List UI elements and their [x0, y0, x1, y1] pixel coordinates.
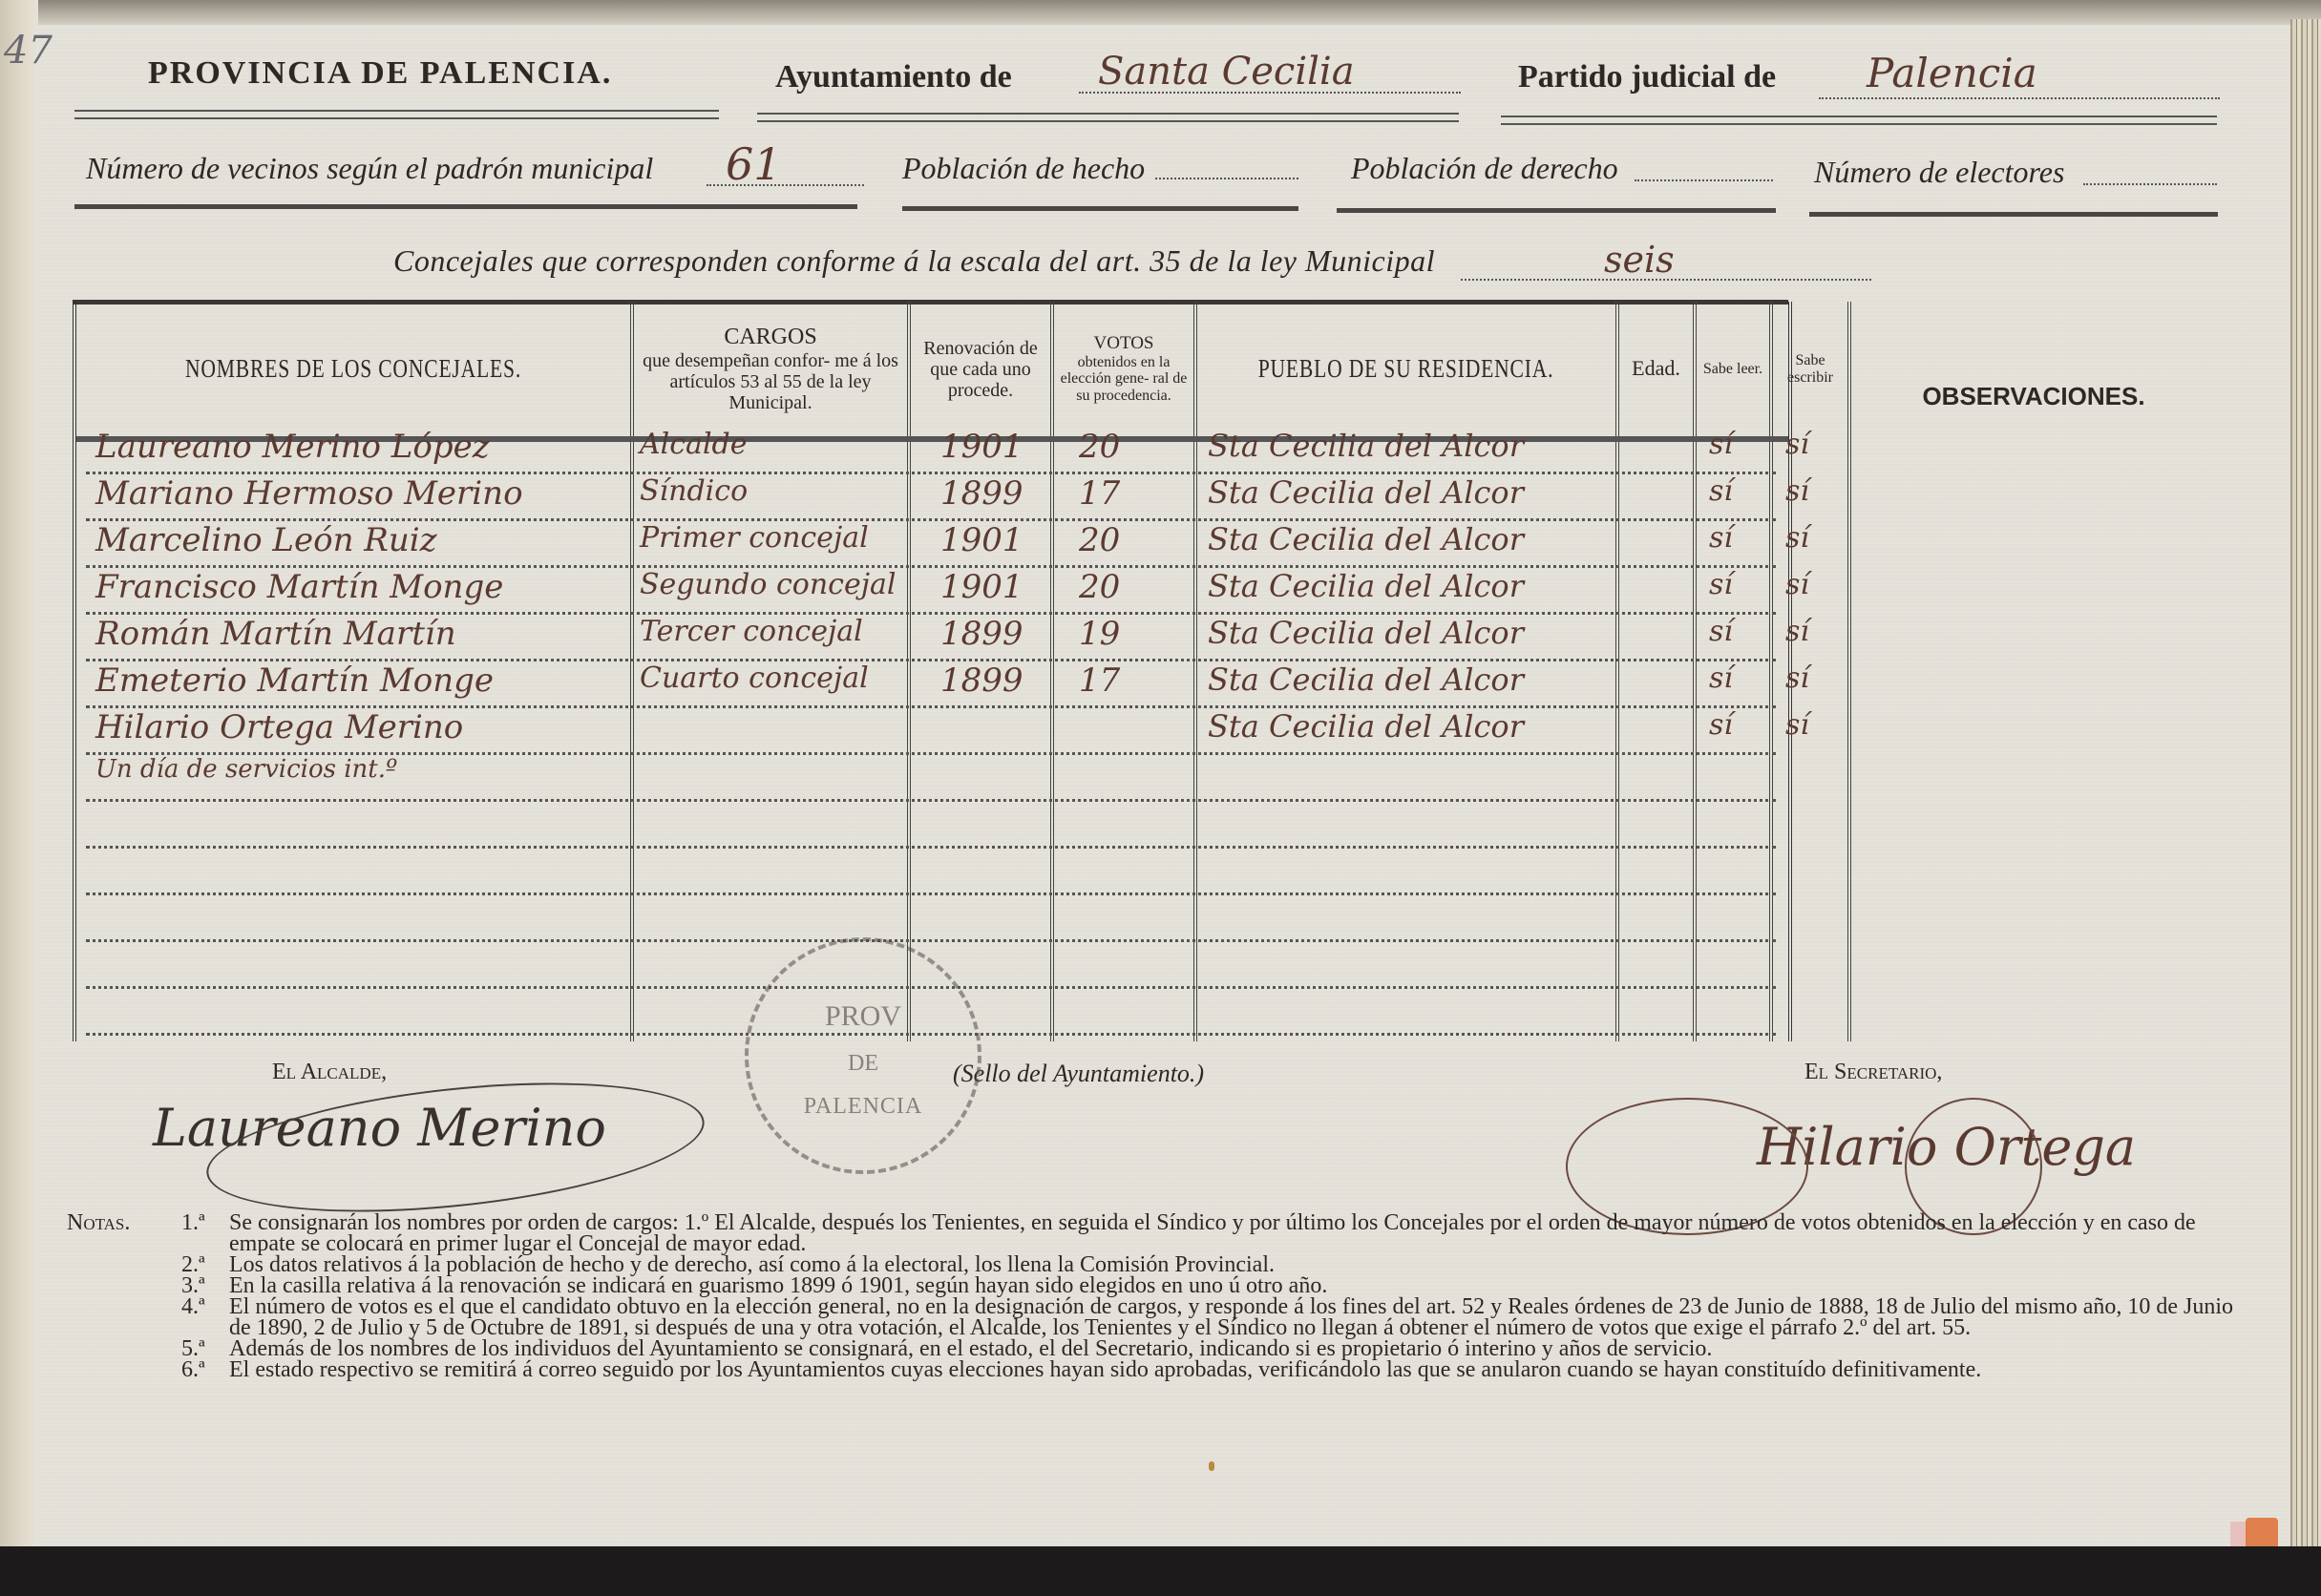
note-text: Se consignarán los nombres por orden de … — [229, 1212, 2234, 1254]
province-title: PROVINCIA DE PALENCIA. — [148, 55, 612, 92]
cell-pueblo[interactable]: Sta Cecilia del Alcor — [1208, 661, 1609, 698]
background — [0, 1546, 2321, 1596]
col-header-renovacion: Renovación de que cada uno procede. — [911, 302, 1050, 436]
cell-pueblo[interactable]: Sta Cecilia del Alcor — [1208, 474, 1609, 511]
cell-leer[interactable]: sí — [1709, 708, 1766, 742]
cell-pueblo[interactable]: Sta Cecilia del Alcor — [1208, 568, 1609, 604]
row-ruling — [86, 846, 1776, 849]
col-header-nombres: NOMBRES DE LOS CONCEJALES. — [76, 302, 630, 436]
column-divider — [1847, 302, 1851, 1041]
electores-field[interactable] — [2083, 183, 2217, 185]
sello-label: (Sello del Ayuntamiento.) — [953, 1060, 1204, 1088]
cell-votos[interactable]: 19 — [1079, 615, 1174, 653]
header-text: VOTOS — [1094, 334, 1154, 354]
hecho-field[interactable] — [1155, 178, 1298, 179]
partido-label: Partido judicial de — [1518, 59, 1776, 95]
notes-label — [67, 1296, 181, 1338]
cell-renovacion[interactable]: 1901 — [940, 521, 1045, 559]
note-item: 4.ªEl número de votos es el que el candi… — [67, 1296, 2234, 1338]
col-header-votos: VOTOS obtenidos en la elección gene- ral… — [1054, 302, 1193, 436]
col-header-observaciones: OBSERVACIONES. — [1867, 382, 2201, 411]
cell-votos[interactable]: 20 — [1079, 521, 1174, 559]
cell-leer[interactable]: sí — [1709, 615, 1766, 648]
cell-leer[interactable]: sí — [1709, 568, 1766, 601]
cell-cargo[interactable]: Segundo concejal — [640, 568, 907, 601]
electores-label: Número de electores — [1814, 155, 2064, 190]
cell-renovacion[interactable]: 1899 — [940, 615, 1045, 653]
col-header-pueblo: PUEBLO DE SU RESIDENCIA. — [1197, 302, 1615, 436]
cell-cargo[interactable]: Síndico — [640, 474, 907, 508]
header-text: Sabe leer. — [1703, 361, 1762, 378]
note-item: Notas.1.ªSe consignarán los nombres por … — [67, 1212, 2234, 1254]
cell-pueblo[interactable]: Sta Cecilia del Alcor — [1208, 521, 1609, 557]
ink-spot — [1209, 1461, 1214, 1471]
cell-pueblo[interactable]: Sta Cecilia del Alcor — [1208, 428, 1609, 464]
note-number: 5.ª — [181, 1338, 229, 1359]
row-ruling — [86, 939, 1776, 942]
signature-flourish — [200, 1062, 710, 1232]
stamp-text: PALENCIA — [749, 1094, 978, 1120]
margin-number: 47 — [4, 29, 53, 73]
cell-nombre[interactable]: Román Martín Martín — [95, 615, 630, 653]
page-top-edge — [0, 0, 2321, 25]
cell-renovacion[interactable]: 1899 — [940, 474, 1045, 513]
note-text: El número de votos es el que el candidat… — [229, 1296, 2234, 1338]
cell-cargo[interactable]: Primer concejal — [640, 521, 907, 555]
cell-nombre[interactable]: Francisco Martín Monge — [95, 568, 630, 606]
concejales-field[interactable]: seis — [1461, 239, 1871, 281]
divider — [1337, 208, 1776, 213]
divider — [757, 113, 1459, 122]
cell-leer[interactable]: sí — [1709, 521, 1766, 555]
notes-label — [67, 1254, 181, 1275]
note-item: 3.ªEn la casilla relativa á la renovació… — [67, 1275, 2234, 1296]
note-number: 4.ª — [181, 1296, 229, 1338]
cell-renovacion[interactable]: 1899 — [940, 661, 1045, 700]
cell-escribir[interactable]: sí — [1785, 615, 1843, 648]
stamp-text: PROV — [749, 1000, 978, 1033]
notes-label — [67, 1275, 181, 1296]
col-header-sabe-leer: Sabe leer. — [1697, 302, 1769, 436]
hecho-label: Población de hecho — [902, 151, 1145, 186]
note-number: 1.ª — [181, 1212, 229, 1254]
col-header-cargos: CARGOS que desempeñan confor- me á los a… — [634, 302, 907, 436]
note-text: El estado respectivo se remitirá á corre… — [229, 1359, 2234, 1380]
cell-nombre[interactable]: Laureano Merino López — [95, 428, 630, 466]
cell-nombre[interactable]: Mariano Hermoso Merino — [95, 474, 630, 513]
header-text: PUEBLO DE SU RESIDENCIA. — [1258, 355, 1554, 384]
note-text: Los datos relativos á la población de he… — [229, 1254, 2234, 1275]
cell-leer[interactable]: sí — [1709, 428, 1766, 461]
cell-pueblo[interactable]: Sta Cecilia del Alcor — [1208, 615, 1609, 651]
derecho-field[interactable] — [1635, 179, 1773, 181]
ayuntamiento-field[interactable]: Santa Cecilia — [1079, 50, 1461, 94]
cell-renovacion[interactable]: 1901 — [940, 428, 1045, 466]
row-ruling — [86, 799, 1776, 802]
header-text: Sabe escribir — [1773, 352, 1847, 386]
cell-renovacion[interactable]: 1901 — [940, 568, 1045, 606]
cell-votos[interactable]: 20 — [1079, 428, 1174, 466]
cell-nombre[interactable]: Un día de servicios int.º — [95, 755, 630, 784]
cell-votos[interactable]: 17 — [1079, 474, 1174, 513]
notes-label: Notas. — [67, 1212, 181, 1254]
book-page-edges — [2290, 19, 2321, 1546]
header-text: Edad. — [1632, 357, 1680, 380]
cell-leer[interactable]: sí — [1709, 474, 1766, 508]
cell-escribir[interactable]: sí — [1785, 521, 1843, 555]
col-header-edad: Edad. — [1619, 302, 1693, 436]
ayuntamiento-label: Ayuntamiento de — [775, 59, 1012, 95]
concejales-label: Concejales que corresponden conforme á l… — [393, 243, 1435, 279]
vecinos-label: Número de vecinos según el padrón munici… — [86, 151, 653, 186]
header-text: CARGOS — [724, 325, 816, 349]
notes-section: Notas.1.ªSe consignarán los nombres por … — [67, 1212, 2234, 1380]
header-subtext: obtenidos en la elección gene- ral de su… — [1054, 354, 1193, 405]
note-item: 2.ªLos datos relativos á la población de… — [67, 1254, 2234, 1275]
secretario-label: El Secretario, — [1804, 1060, 1942, 1085]
partido-field[interactable]: Palencia — [1819, 50, 2220, 99]
document-page: 47 PROVINCIA DE PALENCIA. Ayuntamiento d… — [0, 0, 2321, 1546]
notes-list: Notas.1.ªSe consignarán los nombres por … — [67, 1212, 2234, 1380]
cell-nombre[interactable]: Emeterio Martín Monge — [95, 661, 630, 700]
cell-nombre[interactable]: Marcelino León Ruiz — [95, 521, 630, 559]
cell-escribir[interactable]: sí — [1785, 428, 1843, 461]
derecho-label: Población de derecho — [1351, 151, 1618, 186]
stamp-text: DE — [749, 1051, 978, 1077]
divider — [1809, 212, 2218, 217]
cell-escribir[interactable]: sí — [1785, 661, 1843, 695]
alcalde-label: El Alcalde, — [272, 1060, 387, 1085]
col-header-sabe-escribir: Sabe escribir — [1773, 302, 1847, 436]
note-item: 5.ªAdemás de los nombres de los individu… — [67, 1338, 2234, 1359]
cell-cargo[interactable]: Cuarto concejal — [640, 661, 907, 695]
notes-label — [67, 1359, 181, 1380]
divider — [1501, 115, 2217, 125]
divider — [902, 206, 1298, 211]
notes-label — [67, 1338, 181, 1359]
row-ruling — [86, 892, 1776, 895]
cell-nombre[interactable]: Hilario Ortega Merino — [95, 708, 630, 746]
note-number: 6.ª — [181, 1359, 229, 1380]
cell-escribir[interactable]: sí — [1785, 568, 1843, 601]
cell-pueblo[interactable]: Sta Cecilia del Alcor — [1208, 708, 1609, 745]
cell-escribir[interactable]: sí — [1785, 474, 1843, 508]
cell-cargo[interactable]: Tercer concejal — [640, 615, 907, 648]
divider — [74, 110, 719, 119]
note-number: 3.ª — [181, 1275, 229, 1296]
note-item: 6.ªEl estado respectivo se remitirá á co… — [67, 1359, 2234, 1380]
note-text: Además de los nombres de los individuos … — [229, 1338, 2234, 1359]
cell-escribir[interactable]: sí — [1785, 708, 1843, 742]
header-text: NOMBRES DE LOS CONCEJALES. — [185, 355, 521, 384]
header-subtext: que desempeñan confor- me á los artículo… — [634, 350, 907, 413]
note-number: 2.ª — [181, 1254, 229, 1275]
note-text: En la casilla relativa á la renovación s… — [229, 1275, 2234, 1296]
cell-votos[interactable]: 20 — [1079, 568, 1174, 606]
page-gutter — [0, 0, 38, 1546]
cell-votos[interactable]: 17 — [1079, 661, 1174, 700]
municipal-seal-stamp: PROV DE PALENCIA — [745, 937, 981, 1174]
cell-cargo[interactable]: Alcalde — [640, 428, 907, 461]
cell-leer[interactable]: sí — [1709, 661, 1766, 695]
divider — [74, 204, 857, 209]
vecinos-field[interactable]: 61 — [707, 138, 864, 186]
header-text: Renovación de que cada uno procede. — [911, 338, 1050, 401]
